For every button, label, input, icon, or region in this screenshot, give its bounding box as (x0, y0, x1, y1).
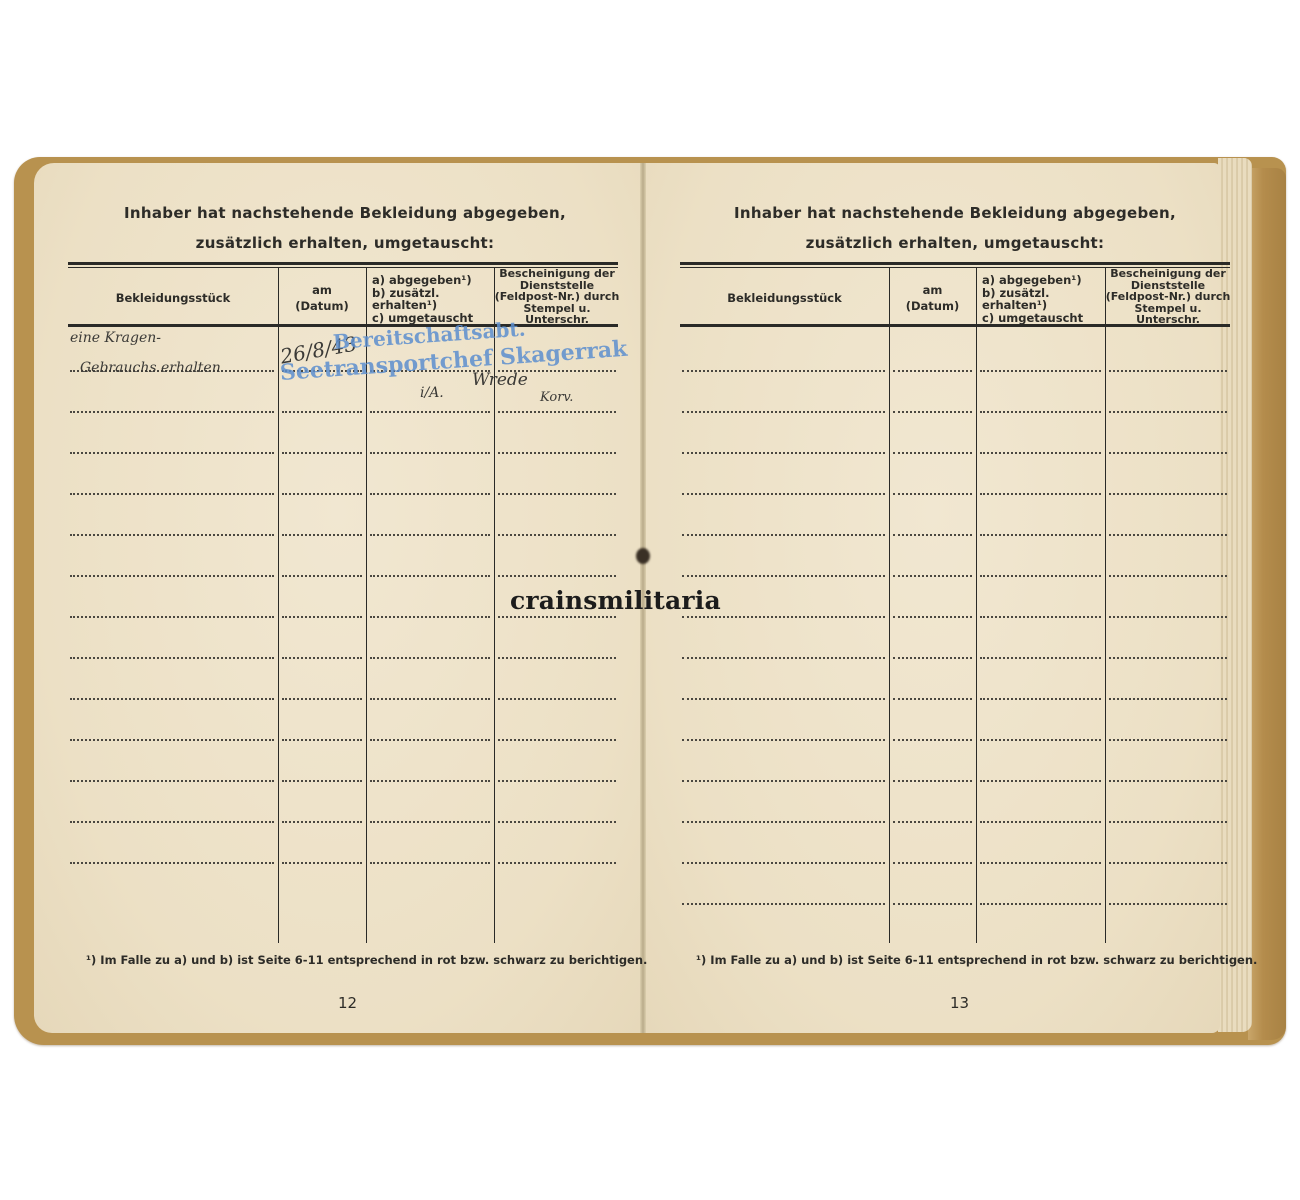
dotted-row-line (70, 411, 274, 413)
dotted-row-line (682, 821, 885, 823)
page-number-right: 13 (950, 994, 969, 1012)
dotted-row-line (682, 411, 885, 413)
dotted-row-line (370, 698, 490, 700)
dotted-row-line (893, 493, 972, 495)
dotted-row-line (70, 575, 274, 577)
dotted-row-line (682, 493, 885, 495)
dotted-row-line (893, 657, 972, 659)
left-footnote: ¹) Im Falle zu a) und b) ist Seite 6-11 … (86, 953, 647, 967)
right-clothing-table: Bekleidungsstück am (Datum) a) abgegeben… (680, 262, 1230, 944)
dotted-row-line (682, 862, 885, 864)
dotted-row-line (1109, 739, 1227, 741)
dotted-row-line (1109, 862, 1227, 864)
dotted-row-line (70, 534, 274, 536)
dotted-row-line (682, 657, 885, 659)
dotted-row-line (370, 616, 490, 618)
dotted-row-line (282, 739, 362, 741)
title-line-1: Inhaber hat nachstehende Bekleidung abge… (60, 198, 630, 228)
watermark-text: crainsmilitaria (510, 586, 721, 615)
entry-item-line-1: eine Kragen- (70, 330, 161, 346)
dotted-row-line (893, 903, 972, 905)
dotted-row-line (1109, 452, 1227, 454)
dotted-row-line (682, 780, 885, 782)
dotted-row-line (70, 657, 274, 659)
dotted-row-line (282, 616, 362, 618)
dotted-row-line (1109, 411, 1227, 413)
dotted-row-line (282, 411, 362, 413)
table-top-rule (680, 262, 1230, 265)
dotted-row-line (498, 739, 616, 741)
dotted-row-line (893, 739, 972, 741)
dotted-row-line (980, 821, 1101, 823)
column-divider (976, 268, 977, 943)
dotted-row-line (980, 616, 1101, 618)
column-divider (1105, 268, 1106, 943)
dotted-row-line (893, 575, 972, 577)
dotted-row-line (893, 370, 972, 372)
dotted-row-line (370, 657, 490, 659)
dotted-row-line (682, 534, 885, 536)
dotted-row-line (370, 780, 490, 782)
header-item: Bekleidungsstück (680, 292, 889, 305)
dotted-row-line (893, 411, 972, 413)
dotted-row-line (1109, 821, 1227, 823)
dotted-row-line (1109, 575, 1227, 577)
column-divider (889, 268, 890, 943)
dotted-row-line (70, 493, 274, 495)
dotted-row-line (980, 370, 1101, 372)
dotted-row-line (980, 493, 1101, 495)
dotted-row-line (980, 780, 1101, 782)
dotted-row-line (498, 780, 616, 782)
dotted-row-line (980, 657, 1101, 659)
dotted-row-line (1109, 780, 1227, 782)
dotted-row-line (498, 616, 616, 618)
dotted-row-line (370, 575, 490, 577)
table-top-rule (68, 262, 618, 265)
dotted-row-line (498, 411, 616, 413)
left-page-title: Inhaber hat nachstehende Bekleidung abge… (60, 198, 630, 258)
binding-stitch (636, 548, 650, 564)
right-footnote: ¹) Im Falle zu a) und b) ist Seite 6-11 … (696, 953, 1257, 967)
dotted-row-line (498, 452, 616, 454)
dotted-row-line (893, 616, 972, 618)
dotted-row-line (1109, 370, 1227, 372)
header-date: am (Datum) (889, 284, 976, 312)
entry-item-line-2: Gebrauchs erhalten (80, 360, 221, 376)
header-certification: Bescheinigung der Dienststelle (Feldpost… (1105, 268, 1231, 326)
dotted-row-line (70, 452, 274, 454)
title-line-2: zusätzlich erhalten, umgetauscht: (670, 228, 1240, 258)
signature-prefix: i/A. (420, 385, 444, 401)
dotted-row-line (893, 534, 972, 536)
dotted-row-line (282, 821, 362, 823)
dotted-row-line (70, 698, 274, 700)
dotted-row-line (893, 698, 972, 700)
dotted-row-line (980, 862, 1101, 864)
dotted-row-line (980, 739, 1101, 741)
dotted-row-line (498, 575, 616, 577)
dotted-row-line (1109, 534, 1227, 536)
dotted-row-line (70, 616, 274, 618)
dotted-row-line (1109, 903, 1227, 905)
right-page-title: Inhaber hat nachstehende Bekleidung abge… (670, 198, 1240, 258)
dotted-row-line (370, 821, 490, 823)
dotted-row-line (980, 411, 1101, 413)
dotted-row-line (682, 616, 885, 618)
dotted-row-line (1109, 493, 1227, 495)
signature-rank: Korv. (540, 390, 573, 405)
dotted-row-line (980, 452, 1101, 454)
dotted-row-line (893, 452, 972, 454)
page-number-left: 12 (338, 994, 357, 1012)
dotted-row-line (370, 739, 490, 741)
header-item: Bekleidungsstück (68, 292, 278, 305)
dotted-row-line (70, 739, 274, 741)
dotted-row-line (282, 698, 362, 700)
dotted-row-line (282, 534, 362, 536)
dotted-row-line (1109, 657, 1227, 659)
dotted-row-line (498, 657, 616, 659)
dotted-row-line (282, 575, 362, 577)
dotted-row-line (893, 862, 972, 864)
dotted-row-line (70, 821, 274, 823)
dotted-row-line (282, 493, 362, 495)
title-line-2: zusätzlich erhalten, umgetauscht: (60, 228, 630, 258)
dotted-row-line (498, 493, 616, 495)
dotted-row-line (282, 862, 362, 864)
dotted-row-line (370, 452, 490, 454)
dotted-row-line (498, 534, 616, 536)
title-line-1: Inhaber hat nachstehende Bekleidung abge… (670, 198, 1240, 228)
dotted-row-line (370, 862, 490, 864)
dotted-row-line (1109, 698, 1227, 700)
dotted-row-line (282, 657, 362, 659)
dotted-row-line (980, 903, 1101, 905)
dotted-row-line (893, 821, 972, 823)
dotted-row-line (682, 698, 885, 700)
dotted-row-line (1109, 616, 1227, 618)
dotted-row-line (498, 821, 616, 823)
dotted-row-line (70, 862, 274, 864)
dotted-row-line (682, 739, 885, 741)
dotted-row-line (980, 698, 1101, 700)
dotted-row-line (498, 698, 616, 700)
dotted-row-line (282, 780, 362, 782)
header-action: a) abgegeben¹) b) zusätzl. erhalten¹) c)… (982, 274, 1105, 324)
cover-edge (1248, 168, 1286, 1040)
signature: Wrede (472, 370, 528, 390)
dotted-row-line (893, 780, 972, 782)
dotted-row-line (682, 575, 885, 577)
dotted-row-line (370, 493, 490, 495)
header-date: am (Datum) (278, 284, 366, 312)
dotted-row-line (980, 575, 1101, 577)
dotted-row-line (70, 780, 274, 782)
dotted-row-line (498, 862, 616, 864)
dotted-row-line (370, 534, 490, 536)
dotted-row-line (370, 411, 490, 413)
dotted-row-line (682, 370, 885, 372)
dotted-row-line (682, 452, 885, 454)
header-action: a) abgegeben¹) b) zusätzl. erhalten¹) c)… (372, 274, 494, 324)
dotted-row-line (980, 534, 1101, 536)
dotted-row-line (682, 903, 885, 905)
dotted-row-line (282, 452, 362, 454)
